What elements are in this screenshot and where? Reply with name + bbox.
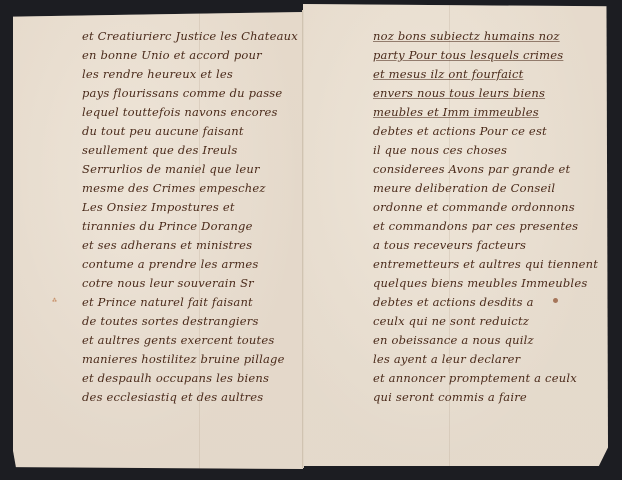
text-line: et Prince naturel fait faisant xyxy=(82,293,302,312)
text-line: les rendre heureux et les xyxy=(82,65,302,84)
text-line: les ayent a leur declarer xyxy=(373,350,605,369)
text-line: en obeissance a nous quilz xyxy=(373,331,605,350)
text-line: debtes et actions desdits a xyxy=(373,293,605,312)
text-line: mesme des Crimes empeschez xyxy=(82,179,302,198)
right-page-text: noz bons subiectz humains noz party Pour… xyxy=(373,27,605,407)
text-line: et despaulh occupans les biens xyxy=(82,369,302,388)
text-line: et annoncer promptement a ceulx xyxy=(373,369,605,388)
manuscript-scan: et Creatiurierc Justice les Chateaux en … xyxy=(0,0,622,480)
text-line: qui seront commis a faire xyxy=(373,388,605,407)
text-line: entremetteurs et aultres qui tiennent xyxy=(373,255,605,274)
text-line: seullement que des Ireuls xyxy=(82,141,302,160)
text-line: ceulx qui ne sont reduictz xyxy=(373,312,605,331)
text-line: Les Onsiez Impostures et xyxy=(82,198,302,217)
text-line: des ecclesiastiq et des aultres xyxy=(82,388,302,407)
text-line: tirannies du Prince Dorange xyxy=(82,217,302,236)
text-line: en bonne Unio et accord pour xyxy=(82,46,302,65)
text-line: noz bons subiectz humains noz xyxy=(373,27,605,46)
text-line: lequel touttefois navons encores xyxy=(82,103,302,122)
text-line: debtes et actions Pour ce est xyxy=(373,122,605,141)
text-line: de toutes sortes destrangiers xyxy=(82,312,302,331)
text-line: et commandons par ces presentes xyxy=(373,217,605,236)
text-line: envers nous tous leurs biens xyxy=(373,84,605,103)
text-line: et Creatiurierc Justice les Chateaux xyxy=(82,27,302,46)
text-line: meubles et Imm immeubles xyxy=(373,103,605,122)
text-line: manieres hostilitez bruine pillage xyxy=(82,350,302,369)
margin-mark: ⁂ xyxy=(52,298,57,304)
text-line: a tous receveurs facteurs xyxy=(373,236,605,255)
text-line: considerees Avons par grande et xyxy=(373,160,605,179)
ink-stain xyxy=(553,298,558,303)
page-gutter xyxy=(302,10,304,468)
text-line: et mesus ilz ont fourfaict xyxy=(373,65,605,84)
text-line: et aultres gents exercent toutes xyxy=(82,331,302,350)
text-line: ordonne et commande ordonnons xyxy=(373,198,605,217)
text-line: cotre nous leur souverain Sr xyxy=(82,274,302,293)
text-line: du tout peu aucune faisant xyxy=(82,122,302,141)
text-line: party Pour tous lesquels crimes xyxy=(373,46,605,65)
text-line: pays flourissans comme du passe xyxy=(82,84,302,103)
text-line: il que nous ces choses xyxy=(373,141,605,160)
left-page-text: et Creatiurierc Justice les Chateaux en … xyxy=(82,27,302,407)
text-line: contume a prendre les armes xyxy=(82,255,302,274)
text-line: meure deliberation de Conseil xyxy=(373,179,605,198)
text-line: et ses adherans et ministres xyxy=(82,236,302,255)
text-line: Serrurlios de maniel que leur xyxy=(82,160,302,179)
text-line: quelques biens meubles Immeubles xyxy=(373,274,605,293)
